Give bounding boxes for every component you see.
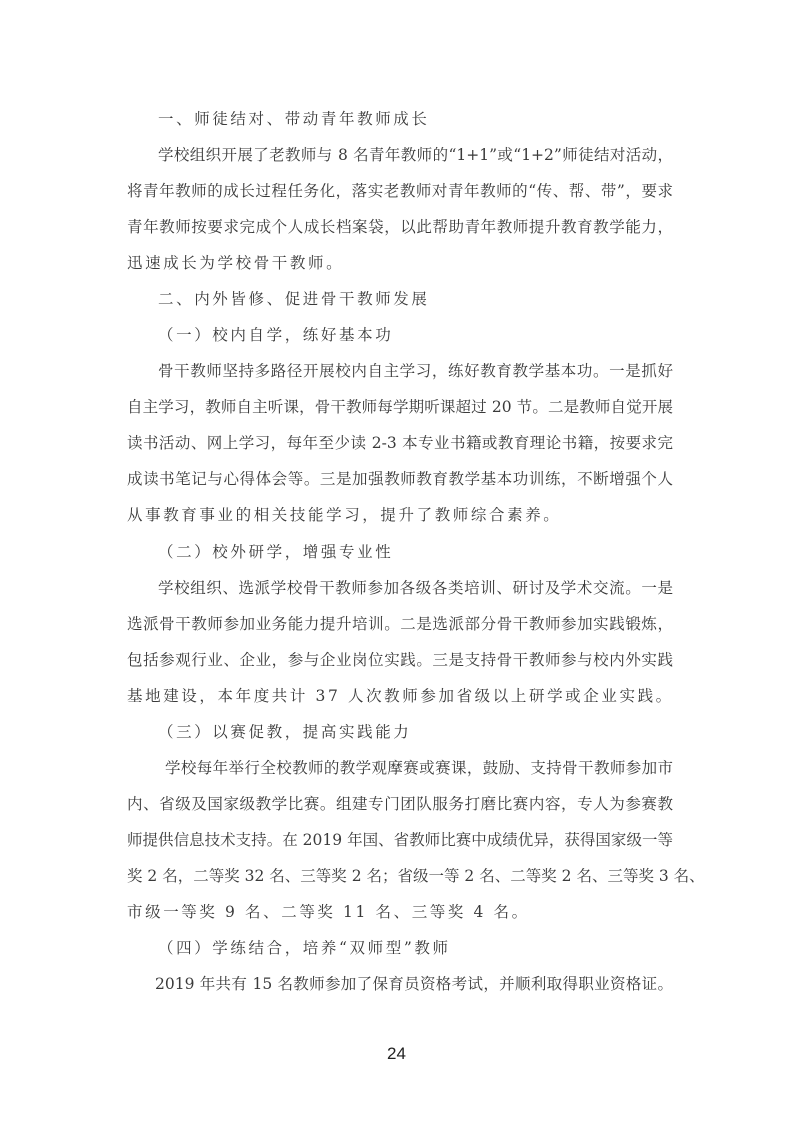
subheading-2: （二）校外研学，增强专业性 xyxy=(158,542,704,562)
paragraph-line: 师提供信息技术支持。在 2019 年国、省教师比赛中成绩优异，获得国家级一等 xyxy=(127,830,673,850)
paragraph-line: 学校组织、选派学校骨干教师参加各级各类培训、研讨及学术交流。一是 xyxy=(158,578,673,598)
paragraph-line: 骨干教师坚持多路径开展校内自主学习，练好教育教学基本功。一是抓好 xyxy=(158,361,673,381)
paragraph-line: 奖 2 名，二等奖 32 名、三等奖 2 名；省级一等 2 名、二等奖 2 名、… xyxy=(127,866,673,886)
paragraph-line: 自主学习，教师自主听课，骨干教师每学期听课超过 20 节。二是教师自觉开展 xyxy=(127,397,673,417)
paragraph-line: 青年教师按要求完成个人成长档案袋，以此帮助青年教师提升教育教学能力， xyxy=(127,217,673,237)
subheading-4: （四）学练结合，培养“双师型”教师 xyxy=(158,938,704,958)
paragraph-line: 成读书笔记与心得体会等。三是加强教师教育教学基本功训练，不断增强个人 xyxy=(127,469,673,489)
paragraph-line: 2019 年共有 15 名教师参加了保育员资格考试，并顺利取得职业资格证。 xyxy=(155,974,673,994)
paragraph-line: 迅速成长为学校骨干教师。 xyxy=(127,253,673,273)
paragraph-line: 包括参观行业、企业，参与企业岗位实践。三是支持骨干教师参与校内外实践 xyxy=(127,650,673,670)
heading-1: 一、师徒结对、带动青年教师成长 xyxy=(158,109,704,129)
subheading-1: （一）校内自学，练好基本功 xyxy=(158,325,704,345)
paragraph-line: 读书活动、网上学习，每年至少读 2-3 本专业书籍或教育理论书籍，按要求完 xyxy=(127,433,673,453)
page-number: 24 xyxy=(0,1044,793,1064)
paragraph-line: 学校组织开展了老教师与 8 名青年教师的“1+1”或“1+2”师徒结对活动， xyxy=(158,145,673,165)
paragraph-line: 从事教育事业的相关技能学习，提升了教师综合素养。 xyxy=(127,505,673,525)
paragraph-line: 基地建设，本年度共计 37 人次教师参加省级以上研学或企业实践。 xyxy=(127,686,673,706)
paragraph-line: 将青年教师的成长过程任务化，落实老教师对青年教师的“传、帮、带”，要求 xyxy=(127,181,673,201)
paragraph-line: 学校每年举行全校教师的教学观摩赛或赛课，鼓励、支持骨干教师参加市 xyxy=(165,758,673,778)
heading-2: 二、内外皆修、促进骨干教师发展 xyxy=(158,289,704,309)
paragraph-line: 内、省级及国家级教学比赛。组建专门团队服务打磨比赛内容，专人为参赛教 xyxy=(127,794,673,814)
paragraph-line: 市级一等奖 9 名、二等奖 11 名、三等奖 4 名。 xyxy=(127,902,673,922)
paragraph-line: 选派骨干教师参加业务能力提升培训。二是选派部分骨干教师参加实践锻炼， xyxy=(127,614,673,634)
subheading-3: （三）以赛促教，提高实践能力 xyxy=(158,722,704,742)
